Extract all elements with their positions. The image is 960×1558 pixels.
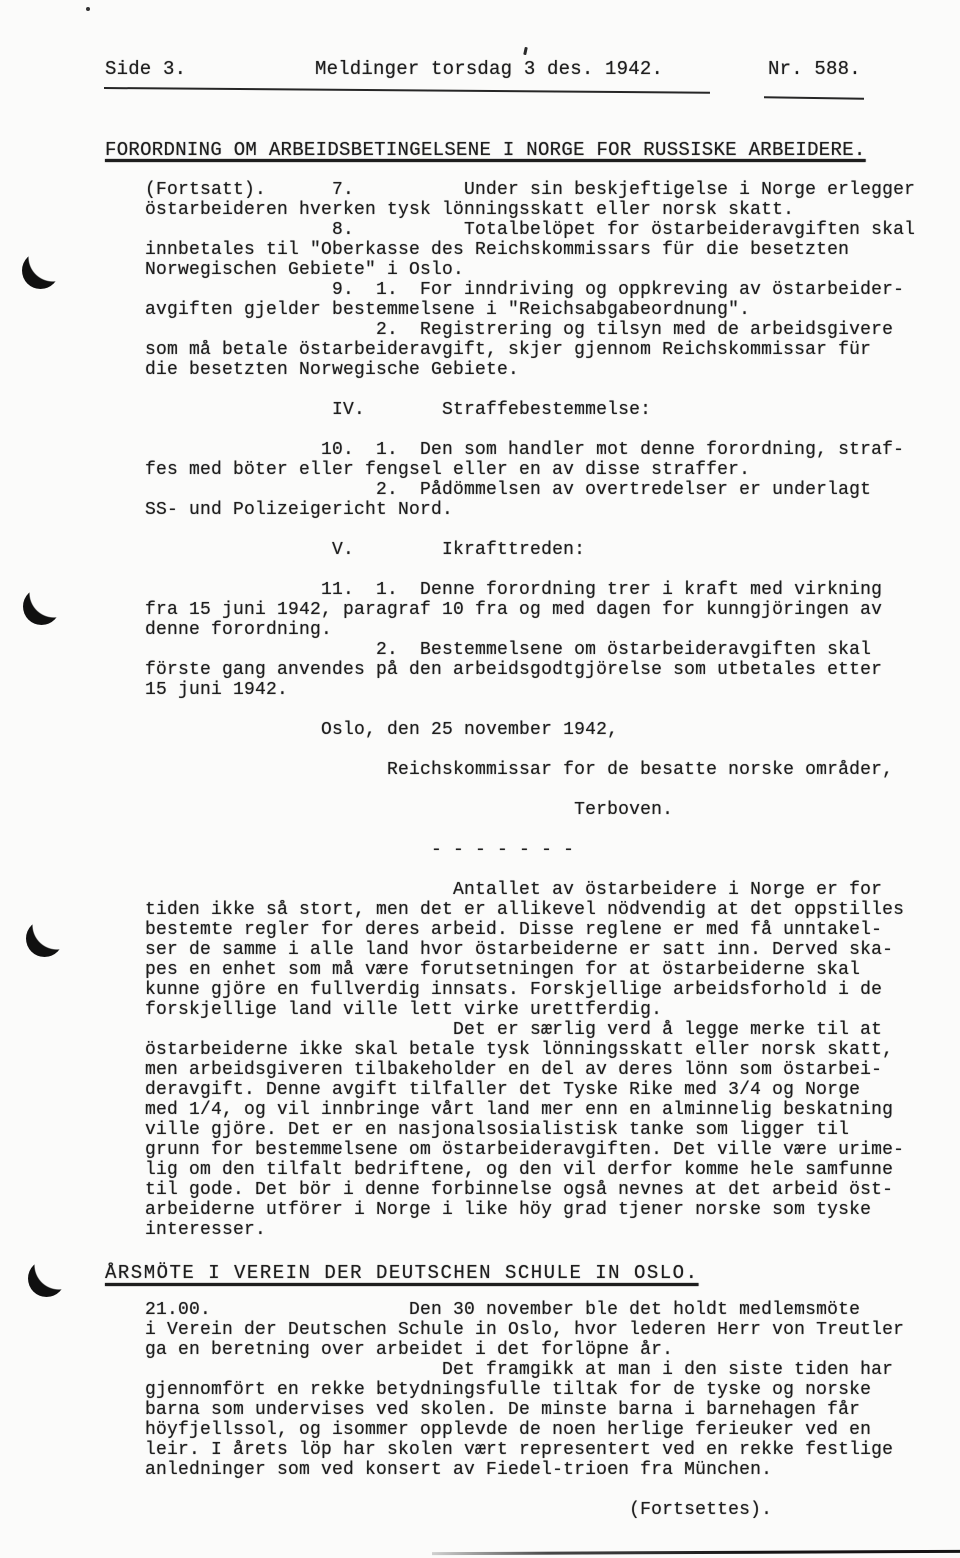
header-underline-right bbox=[764, 96, 864, 99]
issue-number-label: Nr. 588. bbox=[768, 58, 861, 80]
scan-speck bbox=[523, 47, 528, 55]
page-number-label: Side 3. bbox=[105, 58, 186, 80]
header-underline-left bbox=[104, 87, 710, 94]
scanned-document-page: { "header": { "page_label": "Side 3.", "… bbox=[0, 0, 960, 1558]
document-header-title: Meldinger torsdag 3 des. 1942. bbox=[315, 58, 663, 80]
article1-heading: FORORDNING OM ARBEIDSBETINGELSENE I NORG… bbox=[105, 139, 866, 161]
article2-body-text: 21.00. Den 30 november ble det holdt med… bbox=[145, 1300, 904, 1520]
article1-body-text: (Fortsatt). 7. Under sin beskjeftigelse … bbox=[145, 180, 915, 1240]
ink-blot-mark bbox=[23, 588, 60, 625]
ink-blot-mark bbox=[28, 1260, 65, 1297]
scan-speck bbox=[86, 7, 90, 11]
page-bottom-rule bbox=[432, 1550, 960, 1555]
ink-blot-mark bbox=[22, 252, 59, 289]
ink-blot-mark bbox=[26, 920, 63, 957]
article2-heading: ÅRSMÖTE I VEREIN DER DEUTSCHEN SCHULE IN… bbox=[105, 1262, 699, 1284]
